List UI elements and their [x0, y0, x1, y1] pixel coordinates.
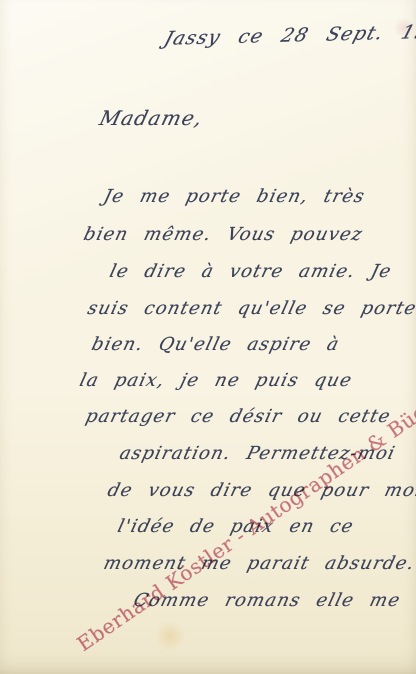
handwriting-line-text: suis content qu'elle se porte [85, 298, 416, 319]
handwriting-line: bien même. Vous pouvez [84, 224, 363, 245]
handwriting-line-text: moment me parait absurde. [101, 553, 416, 574]
letter-dateline: Jassy ce 28 Sept. 1917 [166, 24, 416, 46]
dateline-text: Jassy ce 28 Sept. 1917 [162, 20, 416, 50]
handwriting-line-text: le dire à votre amie. Je [107, 261, 394, 282]
handwriting-line: de vous dire que pour moi [108, 480, 416, 501]
handwriting-line-text: partager ce désir ou cette [83, 406, 393, 427]
handwriting-line: partager ce désir ou cette [86, 406, 390, 427]
handwriting-line: le dire à votre amie. Je [110, 261, 391, 282]
handwriting-line: Je me porte bien, très [104, 186, 365, 207]
letter-page: Jassy ce 28 Sept. 1917 Madame, Je me por… [0, 0, 416, 674]
letter-salutation: Madame, [100, 106, 203, 130]
handwriting-line-text: bien même. Vous pouvez [81, 224, 365, 245]
salutation-text: Madame, [97, 106, 206, 130]
handwriting-line-text: Je me porte bien, très [101, 186, 367, 207]
handwriting-line-text: de vous dire que pour moi [105, 480, 416, 501]
handwriting-line: suis content qu'elle se porte [88, 298, 416, 319]
handwriting-line-text: la paix, je ne puis que [77, 370, 354, 391]
handwriting-line-text: bien. Qu'elle aspire à [89, 334, 341, 355]
handwriting-line: bien. Qu'elle aspire à [92, 334, 339, 355]
handwriting-line: la paix, je ne puis que [80, 370, 352, 391]
handwriting-line: moment me parait absurde. [104, 553, 415, 574]
